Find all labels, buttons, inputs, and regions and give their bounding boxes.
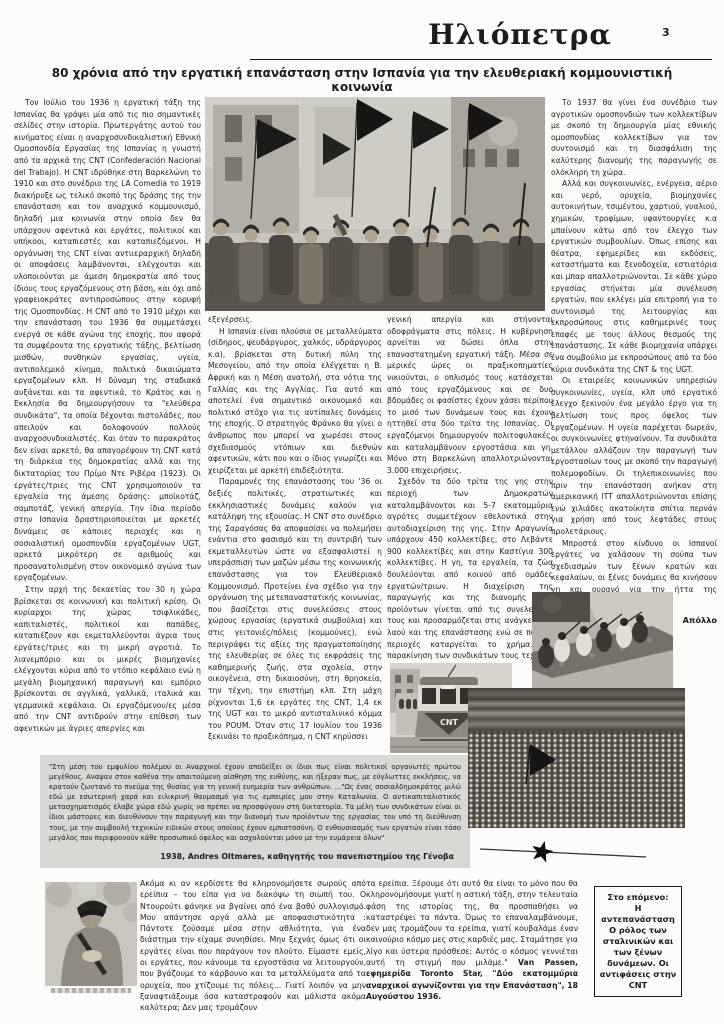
bottom-text-left: Ακόμα κι αν κερδίσετε θα κληρονομήσετε σ… bbox=[140, 878, 366, 1020]
newspaper-page: Ηλιόπετρα 3 80 χρόνια από την εργατική ε… bbox=[0, 0, 724, 1024]
paragraph: Παραμονές της επανάστασης του '36 οι δεξ… bbox=[208, 476, 382, 743]
paragraph: εξεγέρσεις. bbox=[208, 314, 382, 326]
paragraph: Η Ισπανία είναι πλούσια σε μεταλλεύματα … bbox=[208, 326, 382, 477]
militia-parade-photo bbox=[205, 97, 545, 311]
paragraph: Ακόμα κι αν κερδίσετε θα κληρονομήσετε σ… bbox=[140, 878, 366, 1014]
column-1: Τον Ιούλιο του 1936 η εργατική τάξη της … bbox=[14, 97, 201, 757]
paragraph: γενική απεργία και στήνονται οδοφράγματα… bbox=[387, 314, 553, 476]
paragraph: Στην αρχή της δεκαετίας του 30 η χώρα βρ… bbox=[14, 584, 201, 735]
paragraph: τα ερείπια. Ξέρουμε ότι αυτό θα είναι το… bbox=[366, 878, 578, 1002]
rally-crowd-photo bbox=[468, 688, 685, 828]
paragraph: Οι εταιρείες κοινωνικών υπηρεσιών συγκοι… bbox=[551, 375, 717, 537]
paragraph: Τον Ιούλιο του 1936 η εργατική τάξη της … bbox=[14, 97, 201, 584]
next-issue-line: Ο ρόλος των bbox=[598, 925, 678, 936]
next-issue-line: αντιφάσεις στην bbox=[598, 969, 678, 980]
next-issue-line: σταλινικών και bbox=[598, 936, 678, 947]
barricade-illustration bbox=[532, 592, 673, 689]
barricade-fighters-photo bbox=[532, 592, 673, 689]
column-3: γενική απεργία και στήνονται οδοφράγματα… bbox=[387, 314, 553, 664]
next-issue-line: CNT bbox=[598, 980, 678, 991]
column-4: Το 1937 θα γίνει ένα συνέδριο των αγροτι… bbox=[551, 97, 717, 627]
quote-text: "Στη μέση του εμφυλίου πολέμου οι Αναρχι… bbox=[49, 762, 461, 843]
article-headline: 80 χρόνια από την εργατική επανάσταση στ… bbox=[20, 66, 704, 94]
bottom-quote-text: τα ερείπια. Ξέρουμε ότι αυτό θα είναι το… bbox=[366, 879, 578, 967]
next-issue-line: δυνάμεων. Οι bbox=[598, 958, 678, 969]
paragraph: Αλλά και συγκοινωνίες, ενέργεια, αέριο κ… bbox=[551, 178, 717, 375]
tram-cnt-label: CNT bbox=[440, 718, 459, 727]
masthead-title: Ηλιόπετρα bbox=[420, 18, 620, 51]
durruti-photo bbox=[45, 882, 137, 986]
militia-parade-illustration bbox=[205, 97, 545, 311]
crowd-flag-illustration bbox=[468, 688, 685, 828]
next-issue-line: Η αντεπανάσταση bbox=[598, 903, 678, 925]
next-issue-box: Στο επόμενο: Η αντεπανάσταση Ο ρόλος των… bbox=[594, 886, 682, 997]
photo-caption-smudge bbox=[51, 988, 130, 993]
paragraph: Το 1937 θα γίνει ένα συνέδριο των αγροτι… bbox=[551, 97, 717, 178]
bottom-text-right: τα ερείπια. Ξέρουμε ότι αυτό θα είναι το… bbox=[366, 878, 578, 1020]
quote-box: "Στη μέση του εμφυλίου πολέμου οι Αναρχι… bbox=[40, 755, 470, 868]
star-divider bbox=[478, 840, 648, 866]
masthead-rule bbox=[250, 59, 712, 60]
page-number: 3 bbox=[662, 26, 670, 39]
durruti-photo-block bbox=[45, 882, 137, 993]
quote-attribution: 1938, Andres Oltmares, καθηγητής του παν… bbox=[160, 852, 454, 862]
next-issue-line: Στο επόμενο: bbox=[598, 892, 678, 903]
next-issue-line: των ξένων bbox=[598, 947, 678, 958]
column-2: εξεγέρσεις. Η Ισπανία είναι πλούσια σε μ… bbox=[208, 314, 382, 760]
durruti-illustration bbox=[45, 882, 137, 986]
paragraph: Σχεδόν τα δύο τρίτα της γης στην περιοχή… bbox=[387, 476, 553, 664]
star-icon bbox=[478, 840, 648, 866]
